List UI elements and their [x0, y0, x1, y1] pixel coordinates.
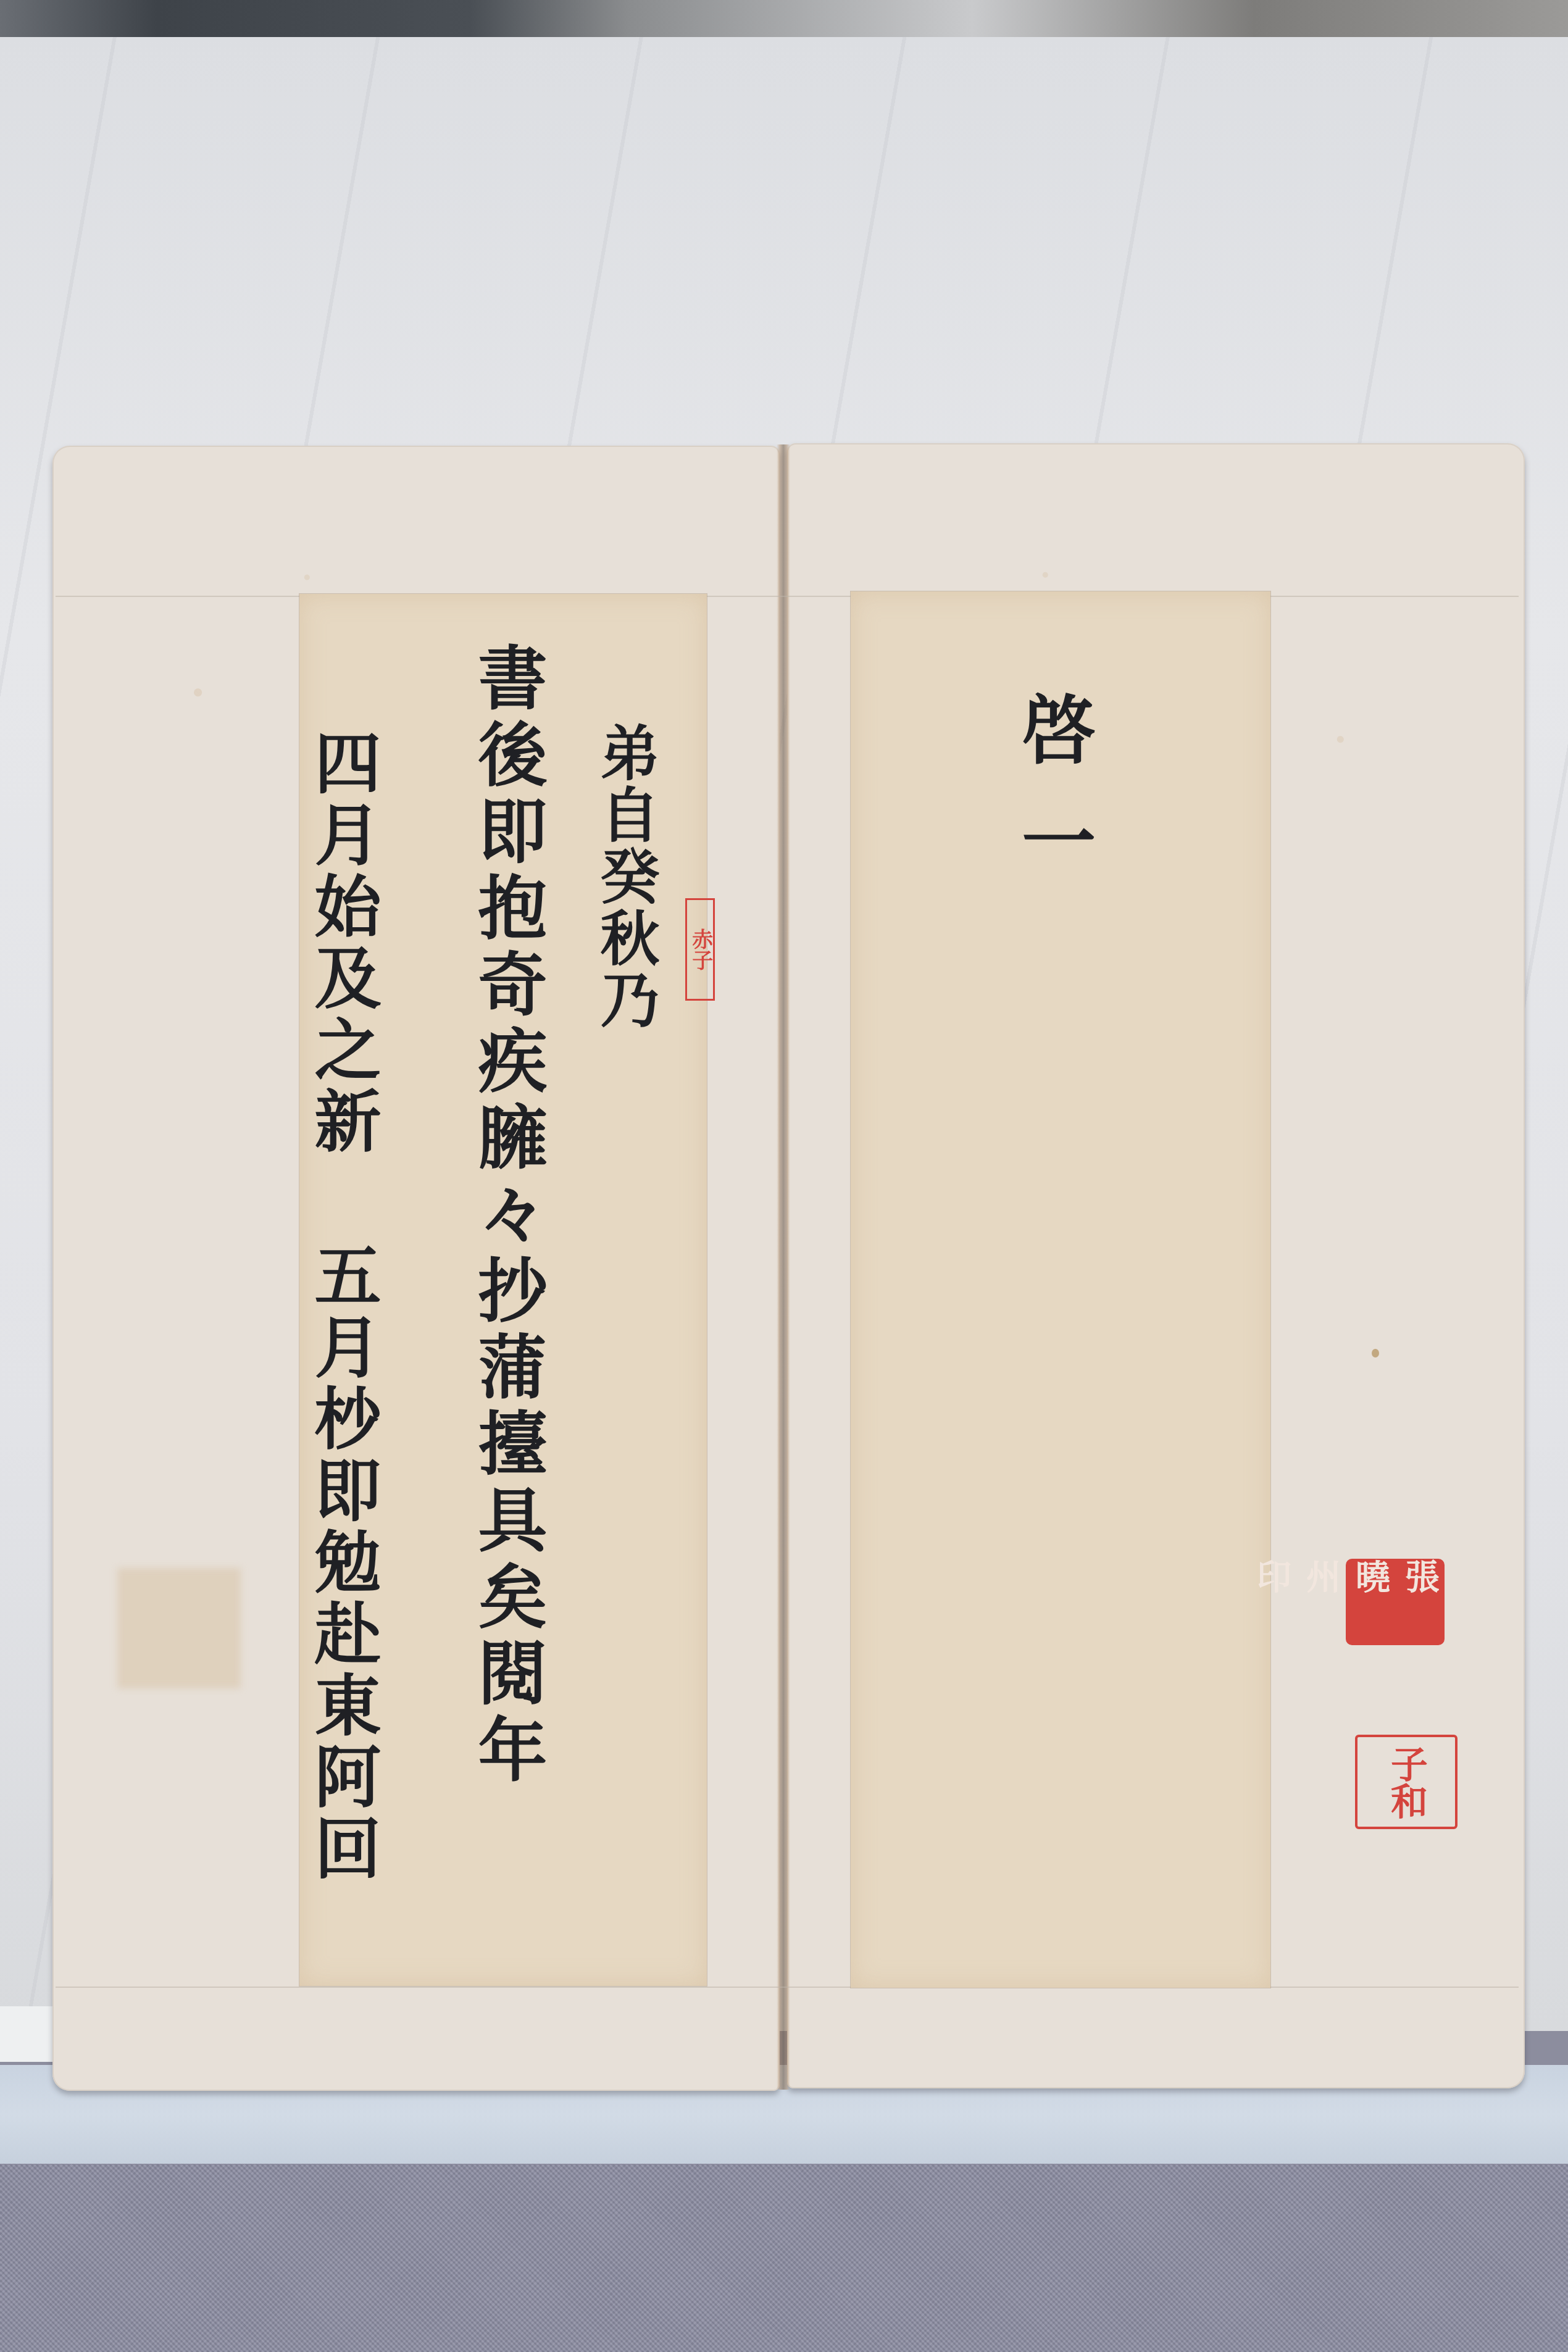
- small-seal: 赤子: [685, 898, 715, 1001]
- backing-edge: [0, 2006, 56, 2062]
- calligraphy-column-middle: 書後即抱奇疾臃々抄蒲擡具矣閱年: [472, 642, 541, 1790]
- cloth-surface: [0, 2164, 1568, 2352]
- calligraphy-column-right: 弟自癸秋乃: [596, 722, 655, 1031]
- right-page-text: 啓一: [1015, 691, 1090, 914]
- mount-rule-bottom: [56, 1987, 1519, 1988]
- white-text-seal: 張曉州印: [1346, 1559, 1445, 1645]
- red-text-seal: 子和: [1355, 1735, 1457, 1829]
- album-gutter: [777, 444, 790, 2090]
- mount-rule-top: [56, 596, 1519, 597]
- square-stain: [117, 1568, 241, 1688]
- foxing-spot: [1372, 1349, 1379, 1357]
- calligraphy-column-left: 四月始及之新 五月杪即勉赴東阿回: [309, 728, 375, 1885]
